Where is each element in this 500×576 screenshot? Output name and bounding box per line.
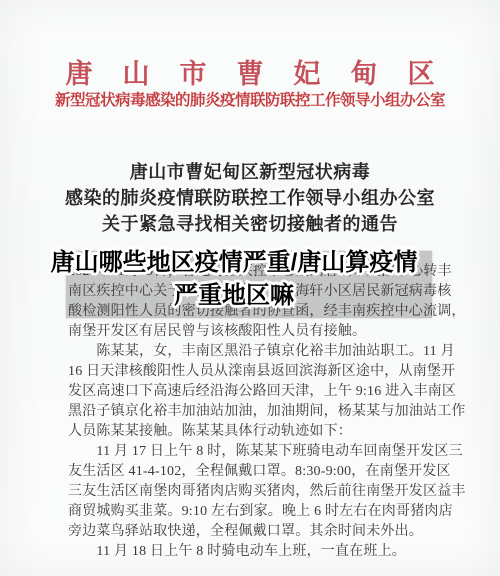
body-line: 16 日天津核酸阳性人员从滦南县返回滨海新区途中，从南堡开 (68, 362, 468, 382)
body-line: 黑沿子镇京化裕丰加油站加油，加油期间，杨某某与加油站工作 (68, 402, 468, 422)
body-line: 商贸城购买韭菜。9:10 左右到家。晚上 6 时左右在肉哥猪肉店 (68, 502, 468, 522)
letterhead-org-subtitle: 新型冠状病毒感染的肺炎疫情联防联控工作领导小组办公室 (0, 88, 500, 110)
body-line: 发区高速口下高速后经沿海公路回天津，上午 9:16 进入丰南区 (68, 382, 468, 402)
body-line: 人员陈某某接触。陈某某具体行动轨迹如下： (68, 422, 468, 442)
letterhead-org-name-text: 唐山市曹妃甸区 (66, 59, 465, 89)
notice-title-line-3: 关于紧急寻找相关密切接触者的通告 (0, 211, 500, 237)
notice-title: 唐山市曹妃甸区新型冠状病毒 感染的肺炎疫情联防联控工作领导小组办公室 关于紧急寻… (0, 159, 500, 237)
body-line: 11 月 18 日上午 8 时骑电动车上班，一直在班上。 (68, 542, 468, 562)
body-line: 友生活区 41-4-102，全程佩戴口罩。8:30-9:00，在南堡开发区 (68, 462, 468, 482)
body-line: 三友生活区南堡肉哥猪肉店购买猪肉，然后前往南堡开发区益丰 (68, 482, 468, 502)
overlay-caption: 唐山哪些地区疫情严重/唐山算疫情 严重地区嘛 (0, 246, 484, 312)
notice-title-line-2: 感染的肺炎疫情联防联控工作领导小组办公室 (0, 185, 500, 211)
notice-document: 唐山市曹妃甸区 新型冠状病毒感染的肺炎疫情联防联控工作领导小组办公室 唐山市曹妃… (0, 0, 500, 576)
overlay-caption-line-2: 严重地区嘛 (0, 279, 484, 312)
overlay-caption-line-1: 唐山哪些地区疫情严重/唐山算疫情 (0, 246, 484, 279)
body-line: 陈某某，女，丰南区黑沿子镇京化裕丰加油站职工。11 月 (68, 342, 468, 362)
body-line: 11 月 17 日上午 8 时，陈某某下班骑电动车回南堡开发区三 (68, 442, 468, 462)
letterhead-org-name: 唐山市曹妃甸区 (0, 52, 500, 91)
body-line: 南堡开发区有居民曾与该核酸阳性人员有接触。 (68, 322, 468, 342)
notice-title-line-1: 唐山市曹妃甸区新型冠状病毒 (0, 159, 500, 185)
body-line: 旁边菜鸟驿站取快递，全程佩戴口罩。其余时间未外出。 (68, 522, 468, 542)
